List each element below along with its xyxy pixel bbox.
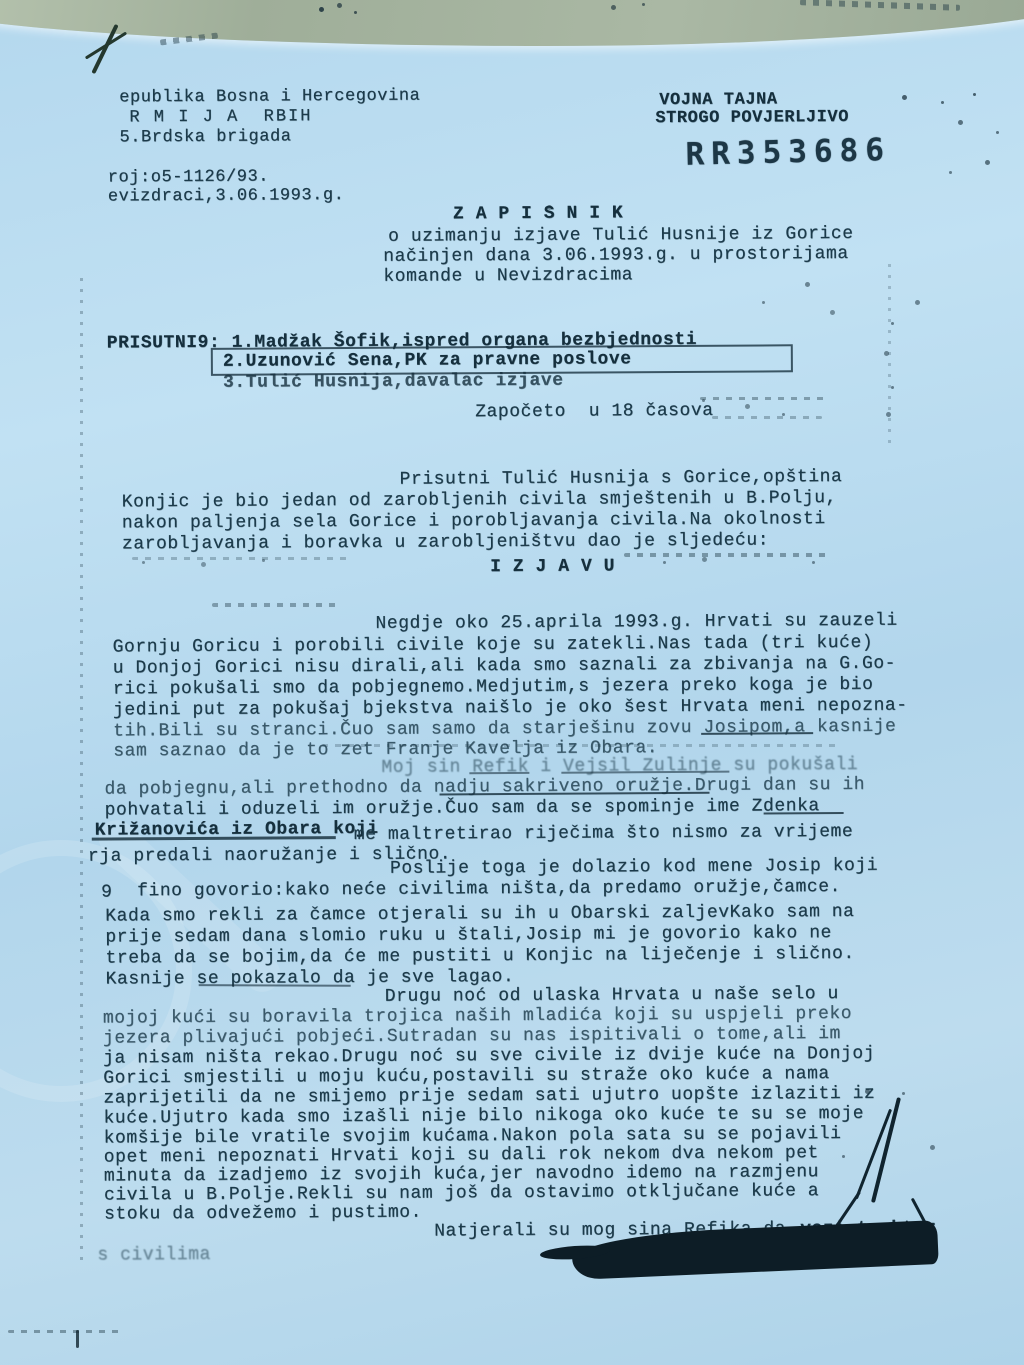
attendee-line-3: 3.Tulić Husnija,davalac izjave (223, 371, 564, 393)
org-line-3: 5.Brdska brigada (119, 127, 291, 148)
body-line: tih.Bili su stranci.Čuo sam samo da star… (113, 717, 896, 742)
body-line: civila u B.Polje.Rekli su nam još da ost… (104, 1181, 819, 1205)
title-sub-1: o uzimanju izjave Tulić Husnije iz Goric… (388, 224, 854, 247)
org-line-2: R M I J A RBIH (129, 107, 312, 128)
underline-mark (92, 836, 336, 840)
body-line: stoku da odvežemo i pustimo. (104, 1203, 422, 1225)
statement-heading: I Z J A V U (490, 556, 615, 577)
place-date: evizdraci,3.06.1993.g. (108, 186, 345, 207)
intro-line: Prisutni Tulić Husnija s Gorice,opština (400, 467, 843, 490)
attendee-line-2: 2.Uzunović Sena,PK za pravne poslove (223, 349, 632, 371)
registry-number-stamp: RR353686 (685, 132, 891, 173)
body-line: treba da se bojim,da će me pustiti u Kon… (105, 944, 854, 969)
underline-mark (764, 812, 844, 814)
margin-note: 9 (101, 882, 112, 902)
org-line-1: epublika Bosna i Hercegovina (119, 87, 420, 109)
body-line: fino govorio:kako neće civilima ništa,da… (137, 877, 841, 901)
secrecy-line-2: STROGO POVJERLJIVO (655, 108, 849, 129)
title-sub-3: komande u Nevizdracima (383, 265, 633, 287)
pencil-mark (8, 1330, 120, 1333)
body-line: Poslije toga je dolazio kod mene Josip k… (390, 856, 878, 879)
cutoff-line: s civilima (97, 1245, 211, 1266)
ref-number: roj:o5-1126/93. (108, 167, 269, 188)
body-line: Negdje oko 25.aprila 1993.g. Hrvati su z… (375, 611, 897, 634)
intro-line: zarobljavanja i boravka u zarobljeništvu… (122, 530, 769, 554)
pencil-mark (76, 1330, 79, 1348)
body-line: Drugu noć od ulaska Hrvata u naše selo u (385, 984, 839, 1007)
body-line: pohvatali i oduzeli im oružje.Čuo sam da… (105, 796, 820, 820)
title-sub-2: načinjen dana 3.06.1993.g. u prostorijam… (383, 244, 849, 267)
document-title: Z A P I S N I K (453, 203, 623, 224)
scanned-document: epublika Bosna i Hercegovina R M I J A R… (0, 0, 1024, 1365)
body-line: me maltretirao riječima što nismo za vri… (354, 822, 854, 845)
underline-mark (469, 772, 529, 774)
started-line: Započeto u 18 časova (475, 401, 714, 422)
